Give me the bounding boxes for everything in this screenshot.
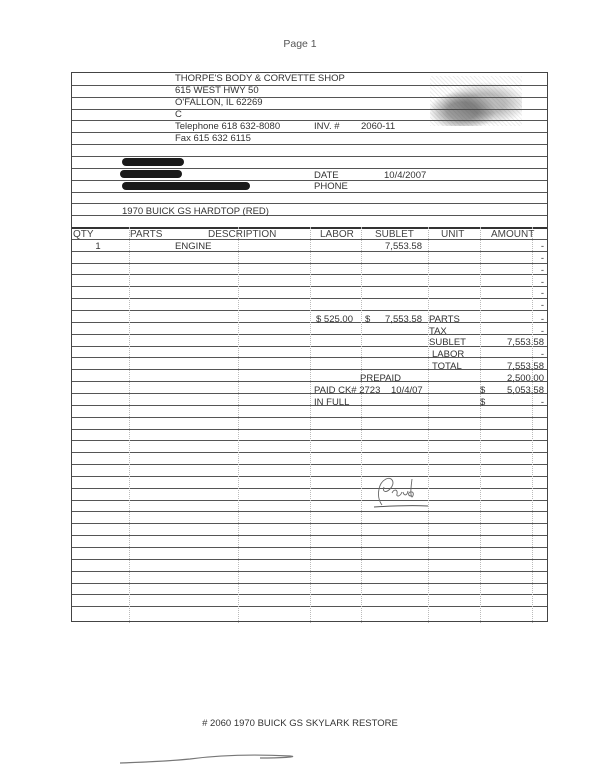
customer-name-redacted (122, 158, 184, 166)
labor-value: - (480, 349, 544, 360)
total-label: TOTAL (432, 361, 462, 372)
invoice-date: 10/4/2007 (384, 170, 426, 181)
sublet-value: 7,553.58 (480, 337, 544, 348)
header-amount: AMOUNT (491, 229, 534, 240)
shop-name: THORPE'S BODY & CORVETTE SHOP (175, 73, 345, 84)
ruled-line (72, 180, 547, 181)
ruled-line (72, 156, 547, 157)
sublet-label: SUBLET (429, 337, 466, 348)
header-sublet: SUBLET (375, 229, 414, 240)
customer-city-redacted (122, 182, 250, 190)
paid-date: 10/4/07 (391, 385, 423, 396)
header-labor: LABOR (320, 229, 354, 240)
labor-total: $ 525.00 (316, 314, 353, 325)
header-description: DESCRIPTION (208, 229, 276, 240)
invoice-number-label: INV. # (314, 121, 340, 132)
customer-address-redacted (120, 170, 182, 178)
line-item-amount: - (480, 277, 544, 288)
column-divider (428, 227, 429, 623)
prepaid-label: PREPAID (360, 373, 401, 384)
ruled-line (72, 144, 547, 145)
header-parts: PARTS (130, 229, 162, 240)
line-item-amount: - (480, 241, 544, 252)
ruled-line (72, 132, 547, 133)
ruled-line (72, 203, 547, 204)
column-divider (238, 227, 239, 623)
paid-label: PAID CK# 2723 (314, 385, 380, 396)
footer-caption: # 2060 1970 BUICK GS SKYLARK RESTORE (0, 718, 600, 729)
invoice-number: 2060-11 (361, 121, 395, 132)
shop-fax: Fax 615 632 6115 (175, 133, 251, 144)
line-item-sublet: 7,553.58 (370, 241, 422, 252)
invoice-sheet (71, 72, 548, 622)
paid-signature (370, 475, 430, 509)
prepaid-value: 2,500.00 (480, 373, 544, 384)
line-item-amount: - (480, 300, 544, 311)
phone-label: PHONE (314, 181, 348, 192)
car-photo-image (430, 76, 522, 126)
shop-address-2: O'FALLON, IL 62269 (175, 97, 263, 108)
shop-telephone: Telephone 618 632-8080 (175, 121, 280, 132)
shop-address-3: C (175, 109, 182, 120)
in-full-value: - (486, 397, 544, 408)
paid-value: 5,053.58 (486, 385, 544, 396)
scribble-mark (120, 752, 350, 766)
tax-label: TAX (429, 326, 447, 337)
page-label: Page 1 (0, 38, 600, 50)
tax-value: - (480, 326, 544, 337)
labor-label: LABOR (432, 349, 464, 360)
line-item-amount: - (480, 253, 544, 264)
column-divider (310, 227, 311, 623)
header-qty: QTY (73, 229, 94, 240)
column-divider (361, 227, 362, 623)
ruled-line (72, 168, 547, 169)
line-item-amount: - (480, 288, 544, 299)
date-label: DATE (314, 170, 339, 181)
total-value: 7,553.58 (480, 361, 544, 372)
line-item-description: ENGINE (175, 241, 305, 252)
line-item-amount: - (480, 265, 544, 276)
ruled-line (72, 192, 547, 193)
shop-address-1: 615 WEST HWY 50 (175, 85, 259, 96)
line-item-qty: 1 (93, 241, 103, 252)
paid-currency: $ (480, 385, 485, 396)
header-unit: UNIT (441, 229, 464, 240)
parts-label: PARTS (429, 314, 460, 325)
column-divider (129, 227, 130, 623)
vehicle-description: 1970 BUICK GS HARDTOP (RED) (122, 206, 269, 217)
sublet-total: 7,553.58 (370, 314, 422, 325)
in-full-label: IN FULL (314, 397, 349, 408)
parts-value: - (480, 314, 544, 325)
in-full-currency: $ (480, 397, 485, 408)
